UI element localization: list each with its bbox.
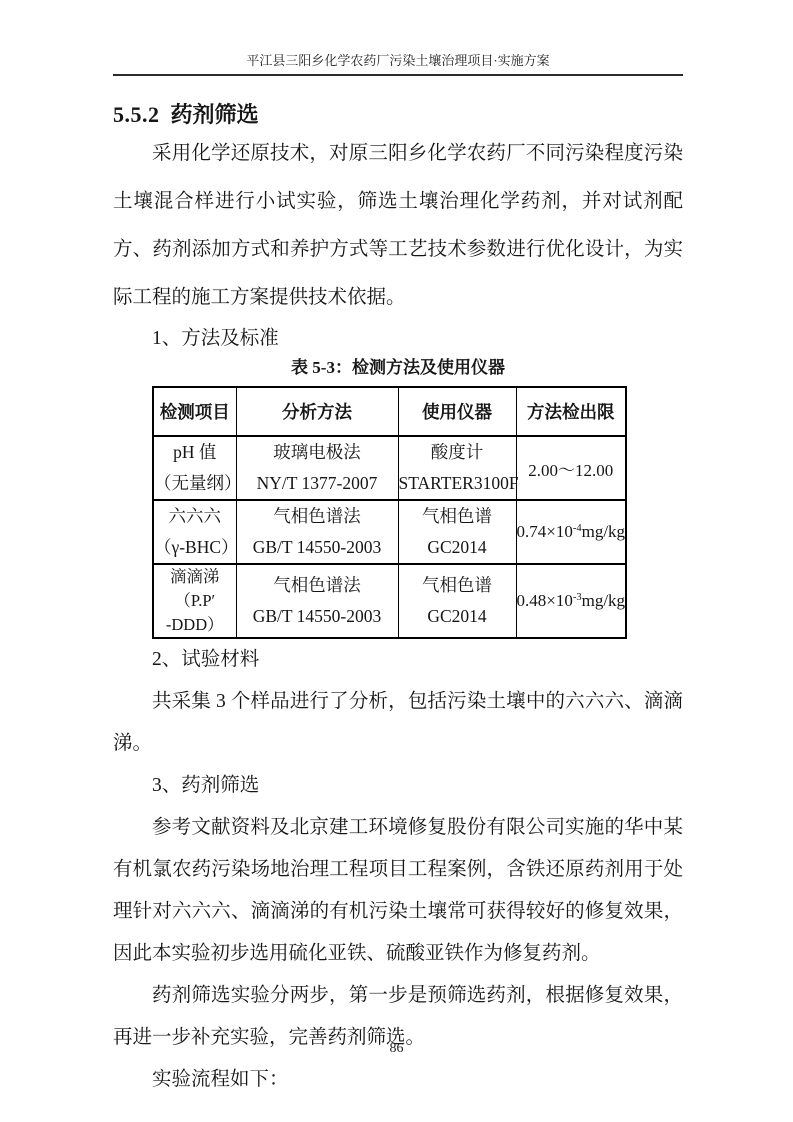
list-item-screening: 3、药剂筛选 (113, 765, 683, 807)
cell-instrument: 酸度计 STARTER3100F (398, 436, 516, 500)
cell-line: （无量纲） (154, 468, 236, 499)
cell-line: 滴滴涕 (154, 565, 236, 589)
column-header-limit: 方法检出限 (516, 387, 626, 436)
page-content: 平江县三阳乡化学农药厂污染土壤治理项目·实施方案 5.5.2药剂筛选 采用化学还… (113, 0, 683, 1101)
cell-line: 六六六 (154, 501, 236, 532)
cell-instrument: 气相色谱 GC2014 (398, 564, 516, 638)
cell-item: 六六六 （γ-BHC） (153, 500, 236, 564)
cell-line: -DDD） (154, 613, 236, 637)
cell-line: STARTER3100F (399, 468, 516, 499)
cell-line: 气相色谱 (399, 501, 516, 532)
table-row-ph: pH 值 （无量纲） 玻璃电极法 NY/T 1377-2007 酸度计 STAR… (153, 436, 626, 500)
table-caption: 表 5-3：检测方法及使用仪器 (113, 357, 683, 379)
cell-line: GB/T 14550-2003 (237, 601, 398, 632)
column-header-item: 检测项目 (153, 387, 236, 436)
cell-line: （γ-BHC） (154, 532, 236, 563)
cell-line: GC2014 (399, 601, 516, 632)
limit-base: 0.74×10 (517, 522, 573, 541)
cell-method: 玻璃电极法 NY/T 1377-2007 (236, 436, 398, 500)
limit-unit: mg/kg (582, 522, 625, 541)
limit-exponent: -4 (573, 523, 582, 534)
paragraph-reference: 参考文献资料及北京建工环境修复股份有限公司实施的华中某有机氯农药污染场地治理工程… (113, 807, 683, 975)
cell-method: 气相色谱法 GB/T 14550-2003 (236, 564, 398, 638)
table-row-ddd: 滴滴涕 （P.P′ -DDD） 气相色谱法 GB/T 14550-2003 气相… (153, 564, 626, 638)
table-row-bhc: 六六六 （γ-BHC） 气相色谱法 GB/T 14550-2003 气相色谱 G… (153, 500, 626, 564)
cell-limit: 0.48×10-3mg/kg (516, 564, 626, 638)
cell-item: 滴滴涕 （P.P′ -DDD） (153, 564, 236, 638)
cell-line: 玻璃电极法 (237, 437, 398, 468)
cell-limit: 2.00～12.00 (516, 436, 626, 500)
section-heading: 5.5.2药剂筛选 (113, 101, 683, 128)
cell-line: 气相色谱法 (237, 570, 398, 601)
cell-method: 气相色谱法 GB/T 14550-2003 (236, 500, 398, 564)
cell-item: pH 值 （无量纲） (153, 436, 236, 500)
section-number: 5.5.2 (113, 102, 160, 127)
list-item-materials: 2、试验材料 (113, 639, 683, 681)
detection-methods-table: 检测项目 分析方法 使用仪器 方法检出限 pH 值 （无量纲） 玻璃电极法 NY… (152, 386, 627, 639)
page-header-title: 平江县三阳乡化学农药厂污染土壤治理项目·实施方案 (113, 52, 683, 69)
cell-line: 气相色谱 (399, 570, 516, 601)
paragraph-samples: 共采集 3 个样品进行了分析，包括污染土壤中的六六六、滴滴涕。 (113, 681, 683, 765)
document-page: 平江县三阳乡化学农药厂污染土壤治理项目·实施方案 5.5.2药剂筛选 采用化学还… (0, 0, 793, 1122)
limit-unit: mg/kg (582, 591, 625, 610)
paragraph-flow-intro: 实验流程如下： (113, 1059, 683, 1101)
cell-line: GC2014 (399, 532, 516, 563)
cell-line: pH 值 (154, 437, 236, 468)
section-title: 药剂筛选 (171, 102, 259, 127)
column-header-method: 分析方法 (236, 387, 398, 436)
cell-line: 酸度计 (399, 437, 516, 468)
cell-line: GB/T 14550-2003 (237, 532, 398, 563)
cell-line: （P.P′ (154, 589, 236, 613)
limit-base: 2.00～12.00 (528, 461, 613, 480)
limit-base: 0.48×10 (517, 591, 573, 610)
cell-line: NY/T 1377-2007 (237, 468, 398, 499)
page-number: 86 (0, 1039, 793, 1058)
cell-limit: 0.74×10-4mg/kg (516, 500, 626, 564)
paragraph-intro: 采用化学还原技术，对原三阳乡化学农药厂不同污染程度污染土壤混合样进行小试实验，筛… (113, 130, 683, 322)
column-header-instrument: 使用仪器 (398, 387, 516, 436)
cell-line: 气相色谱法 (237, 501, 398, 532)
limit-exponent: -3 (573, 592, 582, 603)
cell-instrument: 气相色谱 GC2014 (398, 500, 516, 564)
page-header: 平江县三阳乡化学农药厂污染土壤治理项目·实施方案 (113, 0, 683, 76)
table-header-row: 检测项目 分析方法 使用仪器 方法检出限 (153, 387, 626, 436)
list-item-methods: 1、方法及标准 (113, 322, 683, 356)
